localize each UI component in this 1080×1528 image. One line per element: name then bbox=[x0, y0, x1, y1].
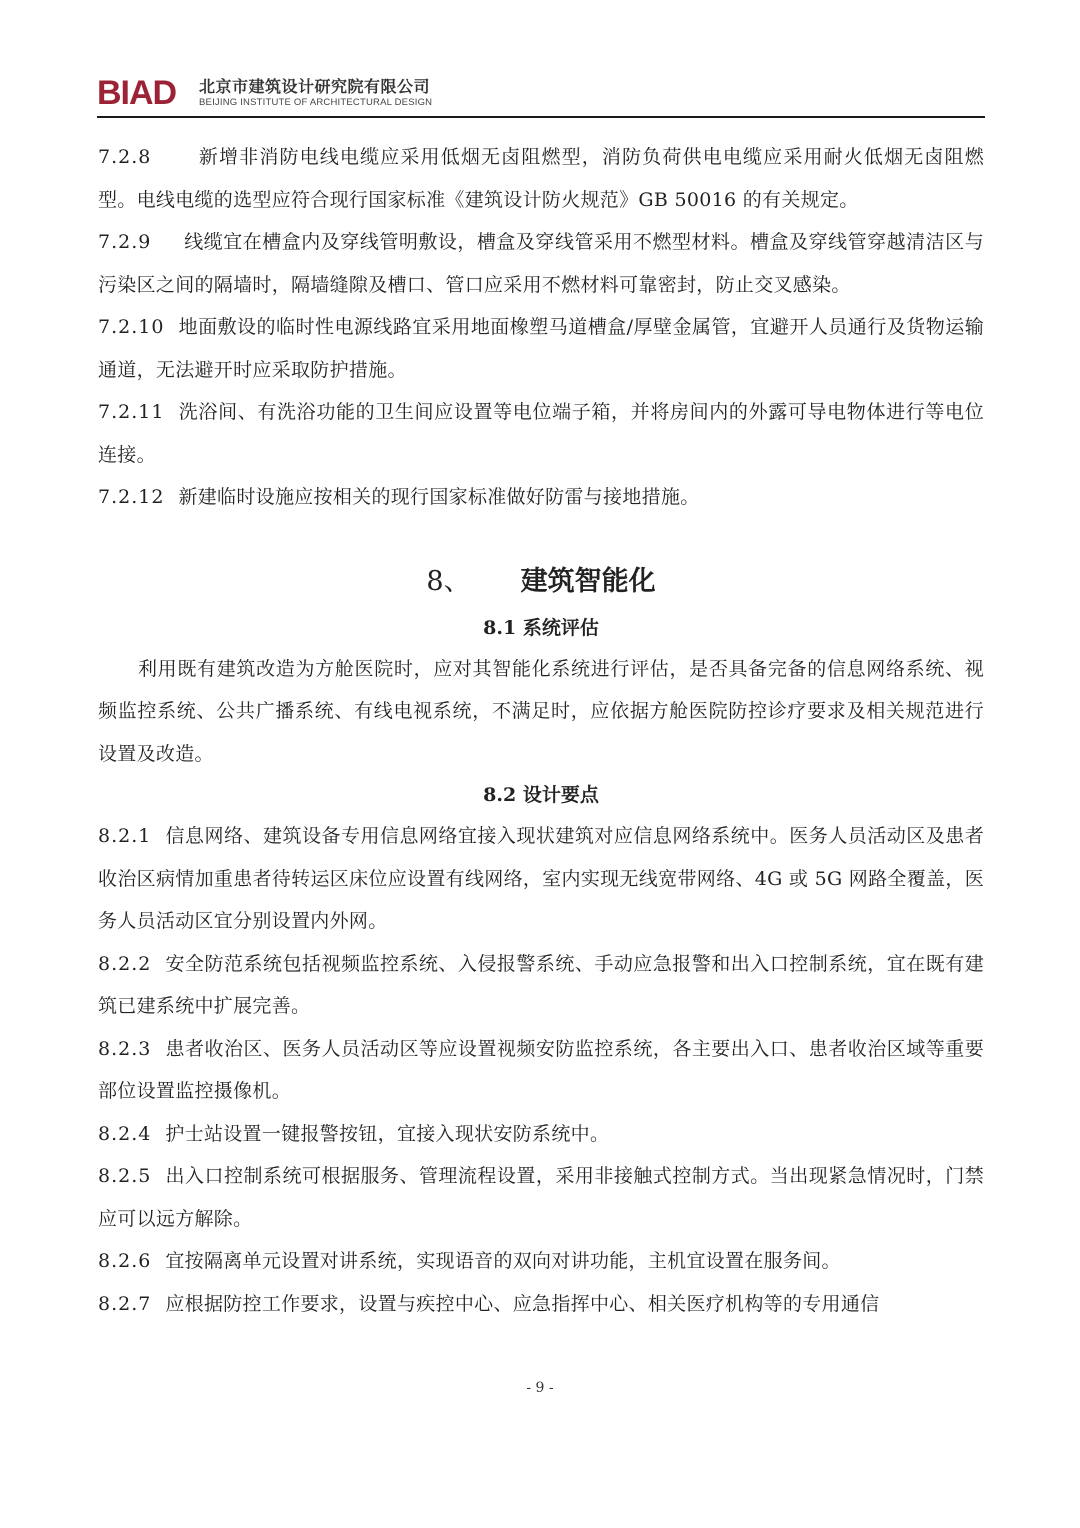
clause-8-2-7: 8.2.7应根据防控工作要求，设置与疾控中心、应急指挥中心、相关医疗机构等的专用… bbox=[98, 1283, 984, 1326]
clause-number: 7.2.11 bbox=[98, 391, 164, 434]
subsection-8-1-text: 利用既有建筑改造为方舱医院时，应对其智能化系统进行评估，是否具备完备的信息网络系… bbox=[98, 648, 984, 776]
subsection-8-2-heading: 8.2 设计要点 bbox=[98, 775, 984, 815]
clause-text: 线缆宜在槽盒内及穿线管明敷设，槽盒及穿线管采用不燃型材料。槽盒及穿线管穿越清洁区… bbox=[98, 231, 984, 296]
clause-number: 7.2.10 bbox=[98, 306, 164, 349]
clause-7-2-11: 7.2.11洗浴间、有洗浴功能的卫生间应设置等电位端子箱，并将房间内的外露可导电… bbox=[98, 391, 984, 476]
clause-number: 8.2.7 bbox=[98, 1283, 151, 1326]
clause-7-2-8: 7.2.8新增非消防电线电缆应采用低烟无卤阻燃型，消防负荷供电电缆应采用耐火低烟… bbox=[98, 136, 984, 221]
document-body: 7.2.8新增非消防电线电缆应采用低烟无卤阻燃型，消防负荷供电电缆应采用耐火低烟… bbox=[98, 136, 984, 1325]
org-name-chinese: 北京市建筑设计研究院有限公司 bbox=[199, 78, 430, 96]
document-header: BIAD 北京市建筑设计研究院有限公司 BEIJING INSTITUTE OF… bbox=[97, 76, 985, 116]
clause-7-2-12: 7.2.12新建临时设施应按相关的现行国家标准做好防雷与接地措施。 bbox=[98, 476, 984, 519]
clause-text: 应根据防控工作要求，设置与疾控中心、应急指挥中心、相关医疗机构等的专用通信 bbox=[165, 1293, 879, 1315]
clause-number: 7.2.8 bbox=[98, 136, 184, 179]
clause-text: 宜按隔离单元设置对讲系统，实现语音的双向对讲功能，主机宜设置在服务间。 bbox=[165, 1250, 841, 1272]
clause-number: 8.2.1 bbox=[98, 815, 151, 858]
clause-number: 8.2.2 bbox=[98, 943, 151, 986]
subsection-8-1-heading: 8.1 系统评估 bbox=[98, 608, 984, 648]
clause-number: 7.2.9 bbox=[98, 221, 170, 264]
clause-7-2-10: 7.2.10地面敷设的临时性电源线路宜采用地面橡塑马道槽盒/厚壁金属管，宜避开人… bbox=[98, 306, 984, 391]
clause-8-2-6: 8.2.6宜按隔离单元设置对讲系统，实现语音的双向对讲功能，主机宜设置在服务间。 bbox=[98, 1240, 984, 1283]
clause-text: 地面敷设的临时性电源线路宜采用地面橡塑马道槽盒/厚壁金属管，宜避开人员通行及货物… bbox=[98, 316, 984, 381]
clause-number: 8.2.4 bbox=[98, 1113, 151, 1156]
clause-text: 出入口控制系统可根据服务、管理流程设置，采用非接触式控制方式。当出现紧急情况时，… bbox=[98, 1165, 984, 1230]
section-number: 8、 bbox=[426, 566, 470, 597]
clause-8-2-5: 8.2.5出入口控制系统可根据服务、管理流程设置，采用非接触式控制方式。当出现紧… bbox=[98, 1155, 984, 1240]
clause-text: 新建临时设施应按相关的现行国家标准做好防雷与接地措施。 bbox=[178, 486, 699, 508]
clause-text: 信息网络、建筑设备专用信息网络宜接入现状建筑对应信息网络系统中。医务人员活动区及… bbox=[98, 825, 984, 932]
section-8-heading: 8、建筑智能化 bbox=[98, 564, 984, 600]
clause-number: 8.2.3 bbox=[98, 1028, 151, 1071]
clause-number: 7.2.12 bbox=[98, 476, 164, 519]
biad-logo: BIAD bbox=[97, 76, 176, 110]
clause-8-2-2: 8.2.2安全防范系统包括视频监控系统、入侵报警系统、手动应急报警和出入口控制系… bbox=[98, 943, 984, 1028]
clause-text: 洗浴间、有洗浴功能的卫生间应设置等电位端子箱，并将房间内的外露可导电物体进行等电… bbox=[98, 401, 984, 466]
clause-number: 8.2.6 bbox=[98, 1240, 151, 1283]
clause-number: 8.2.5 bbox=[98, 1155, 151, 1198]
clause-text: 新增非消防电线电缆应采用低烟无卤阻燃型，消防负荷供电电缆应采用耐火低烟无卤阻燃型… bbox=[98, 146, 984, 211]
org-name-english: BEIJING INSTITUTE OF ARCHITECTURAL DESIG… bbox=[199, 97, 432, 108]
clause-8-2-3: 8.2.3患者收治区、医务人员活动区等应设置视频安防监控系统，各主要出入口、患者… bbox=[98, 1028, 984, 1113]
clause-text: 患者收治区、医务人员活动区等应设置视频安防监控系统，各主要出入口、患者收治区域等… bbox=[98, 1038, 984, 1103]
clause-7-2-9: 7.2.9线缆宜在槽盒内及穿线管明敷设，槽盒及穿线管采用不燃型材料。槽盒及穿线管… bbox=[98, 221, 984, 306]
clause-text: 护士站设置一键报警按钮，宜接入现状安防系统中。 bbox=[165, 1123, 609, 1145]
page-number: - 9 - bbox=[0, 1380, 1080, 1396]
clause-8-2-4: 8.2.4护士站设置一键报警按钮，宜接入现状安防系统中。 bbox=[98, 1113, 984, 1156]
clause-8-2-1: 8.2.1信息网络、建筑设备专用信息网络宜接入现状建筑对应信息网络系统中。医务人… bbox=[98, 815, 984, 943]
header-divider bbox=[97, 116, 985, 118]
clause-text: 安全防范系统包括视频监控系统、入侵报警系统、手动应急报警和出入口控制系统，宜在既… bbox=[98, 953, 984, 1018]
section-title: 建筑智能化 bbox=[521, 566, 656, 597]
